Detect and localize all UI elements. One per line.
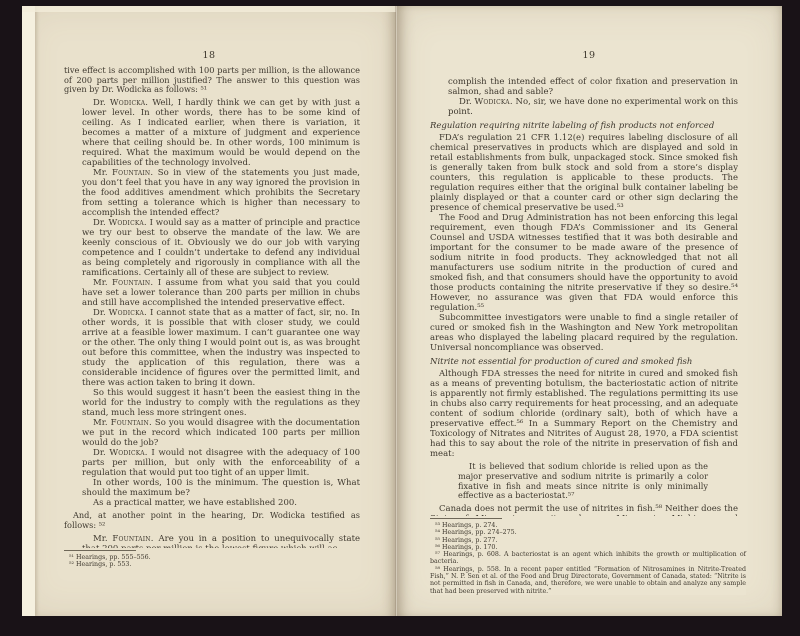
testimony-paragraph: Mr. Fountain. Are you in a position to u… [82,534,360,548]
testimony-text: In other words, 100 is the minimum. The … [82,478,360,498]
speaker-name: Wodicka. [474,97,512,107]
footnote-rule [64,550,136,551]
testimony-paragraph: As a practical matter, we have establish… [82,498,360,508]
speaker-prefix: Dr. [93,308,106,318]
speaker-prefix: Mr. [93,278,108,288]
footnote-57: ⁵⁷ Hearings, p. 608. A bacteriostat is a… [430,551,746,566]
report-blockquote: It is believed that sodium chloride is r… [458,462,708,501]
footnote-56: ⁵⁶ Hearings, p. 170. [430,544,746,551]
speaker-name: Fountain. [112,168,153,178]
speaker-prefix: Mr. [93,534,108,544]
body-paragraph: tive effect is accomplished with 100 par… [64,66,360,95]
testimony-paragraph: Dr. Wodicka. Well, I hardly think we can… [82,98,360,168]
footnote-53: ⁵³ Hearings, p. 274. [430,522,746,529]
body-paragraph: Although FDA stresses the need for nitri… [430,369,738,459]
footnote-55: ⁵⁵ Hearings, p. 277. [430,537,746,544]
body-paragraph: And, at another point in the hearing, Dr… [64,511,360,530]
speaker-prefix: Dr. [93,448,106,458]
section-heading-nitrite-not-essential: Nitrite not essential for production of … [430,357,738,367]
speaker-name: Wodicka. [110,98,148,108]
testimony-paragraph: Dr. Wodicka. I cannot state that as a ma… [82,308,360,388]
page-18: 18 tive effect is accomplished with 100 … [22,6,396,616]
testimony-paragraph: So this would suggest it hasn’t been the… [82,388,360,418]
speaker-prefix: Dr. [459,97,472,107]
speaker-prefix: Mr. [93,168,108,178]
testimony-paragraph: In other words, 100 is the minimum. The … [82,478,360,498]
testimony-text: So this would suggest it hasn’t been the… [82,388,360,418]
testimony-text: Well, I hardly think we can get by with … [82,98,360,168]
testimony-excerpt: Mr. Fountain. Are you in a position to u… [82,534,360,548]
page-number-left: 18 [22,50,396,61]
testimony-paragraph: Mr. Fountain. I assume from what you sai… [82,278,360,308]
speaker-name: Fountain. [112,534,153,544]
scanned-book-spread: { "scan": { "background_color": "#191217… [0,0,800,636]
testimony-excerpt: complish the intended effect of color fi… [448,77,738,117]
testimony-paragraph: complish the intended effect of color fi… [448,77,738,97]
speaker-name: Fountain. [112,278,153,288]
footnote-58: ⁵⁸ Hearings, p. 558. In a recent paper e… [430,566,746,595]
footnote-51: ⁵¹ Hearings, pp. 555–556. [64,554,360,561]
footnote-rule [430,518,502,519]
footnote-52: ⁵² Hearings, p. 553. [64,561,360,568]
page-19: 19 complish the intended effect of color… [396,6,782,616]
body-paragraph: FDA’s regulation 21 CFR 1.12(e) requires… [430,133,738,213]
page-gutter [395,6,397,616]
testimony-excerpt: Dr. Wodicka. Well, I hardly think we can… [82,98,360,508]
book-spread: 18 tive effect is accomplished with 100 … [22,6,782,616]
speaker-prefix: Dr. [93,218,106,228]
footnotes-page-19: ⁵³ Hearings, p. 274. ⁵⁴ Hearings, pp. 27… [430,518,746,595]
testimony-text: complish the intended effect of color fi… [448,77,738,97]
speaker-name: Wodicka. [109,448,147,458]
testimony-paragraph: Mr. Fountain. So you would disagree with… [82,418,360,448]
body-paragraph: Subcommittee investigators were unable t… [430,313,738,353]
page-number-right: 19 [396,50,782,61]
speaker-name: Wodicka. [108,218,146,228]
speaker-name: Fountain. [111,418,152,428]
footnote-54: ⁵⁴ Hearings, pp. 274–275. [430,529,746,536]
page-18-text-block: tive effect is accomplished with 100 par… [64,66,360,548]
section-heading-nitrite-labeling: Regulation requiring nitrite labeling of… [430,121,738,131]
testimony-paragraph: Mr. Fountain. So in view of the statemen… [82,168,360,218]
blockquote-paragraph: It is believed that sodium chloride is r… [458,462,708,501]
body-paragraph: The Food and Drug Administration has not… [430,213,738,313]
page-19-text-block: complish the intended effect of color fi… [430,74,738,516]
speaker-prefix: Mr. [93,418,108,428]
speaker-name: Wodicka. [109,308,147,318]
speaker-prefix: Dr. [93,98,106,108]
body-paragraph: Canada does not permit the use of nitrit… [430,504,738,516]
testimony-paragraph: Dr. Wodicka. I would not disagree with t… [82,448,360,478]
footnotes-page-18: ⁵¹ Hearings, pp. 555–556. ⁵² Hearings, p… [64,550,360,569]
testimony-text: As a practical matter, we have establish… [93,498,297,508]
testimony-paragraph: Dr. Wodicka. No, sir, we have done no ex… [448,97,738,117]
testimony-text: I cannot state that as a matter of fact,… [82,308,360,388]
testimony-paragraph: Dr. Wodicka. I would say as a matter of … [82,218,360,278]
